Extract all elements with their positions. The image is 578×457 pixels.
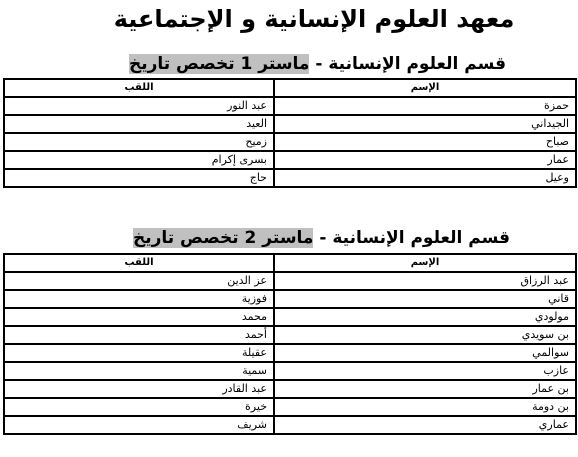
section-1-department: قسم العلوم الإنسانية - [315, 54, 506, 74]
surname-cell: عبد القادر [4, 380, 274, 398]
table-row: فوزية قاني [4, 290, 576, 308]
surname-cell: عز الدين [4, 272, 274, 290]
surname-cell: زميح [4, 133, 274, 151]
name-cell: بن عمار [274, 380, 576, 398]
table-row: عبد النور حمزة [4, 97, 576, 115]
name-cell: سوالمي [274, 344, 576, 362]
column-header-surname: اللقب [4, 79, 274, 97]
surname-cell: حاج [4, 169, 274, 187]
name-cell: الجيداني [274, 115, 576, 133]
name-cell: بن دومة [274, 398, 576, 416]
surname-cell: محمد [4, 308, 274, 326]
table-row: بسرى إكرام عمار [4, 151, 576, 169]
name-cell: وعيل [274, 169, 576, 187]
column-header-name: الإسم [274, 254, 576, 272]
surname-cell: عبد النور [4, 97, 274, 115]
section-1-program-highlight: ماستر 1 تخصص تاريخ [129, 54, 310, 74]
name-cell: صباح [274, 133, 576, 151]
surname-cell: بسرى إكرام [4, 151, 274, 169]
surname-cell: العيد [4, 115, 274, 133]
table-row: عقيلة سوالمي [4, 344, 576, 362]
surname-cell: سمية [4, 362, 274, 380]
table-row: محمد مولودي [4, 308, 576, 326]
column-header-name: الإسم [274, 79, 576, 97]
table-row: زميح صباح [4, 133, 576, 151]
table-row: خيرة بن دومة [4, 398, 576, 416]
name-cell: مولودي [274, 308, 576, 326]
surname-cell: فوزية [4, 290, 274, 308]
table-row: سمية عازب [4, 362, 576, 380]
section-1-heading: قسم العلوم الإنسانية - ماستر 1 تخصص تاري… [0, 52, 578, 76]
table-row: عبد القادر بن عمار [4, 380, 576, 398]
column-header-surname: اللقب [4, 254, 274, 272]
section-1-student-table: اللقب الإسم عبد النور حمزة العيد الجيدان… [3, 78, 577, 188]
table-row: عز الدين عبد الرزاق [4, 272, 576, 290]
document-title: معهد العلوم الإنسانية و الإجتماعية [0, 2, 578, 36]
name-cell: عمار [274, 151, 576, 169]
table-header-row: اللقب الإسم [4, 79, 576, 97]
section-2-program-highlight: ماستر 2 تخصص تاريخ [133, 228, 314, 248]
table-row: أحمد بن سويدي [4, 326, 576, 344]
name-cell: قاني [274, 290, 576, 308]
name-cell: بن سويدي [274, 326, 576, 344]
name-cell: حمزة [274, 97, 576, 115]
name-cell: عازب [274, 362, 576, 380]
section-2-student-table: اللقب الإسم عز الدين عبد الرزاق فوزية قا… [3, 253, 577, 435]
table-row: شريف عماري [4, 416, 576, 434]
surname-cell: شريف [4, 416, 274, 434]
name-cell: عماري [274, 416, 576, 434]
table-row: العيد الجيداني [4, 115, 576, 133]
surname-cell: عقيلة [4, 344, 274, 362]
section-2-department: قسم العلوم الإنسانية - [319, 228, 510, 248]
section-2-heading: قسم العلوم الإنسانية - ماستر 2 تخصص تاري… [0, 226, 578, 250]
table-row: حاج وعيل [4, 169, 576, 187]
table-header-row: اللقب الإسم [4, 254, 576, 272]
surname-cell: أحمد [4, 326, 274, 344]
surname-cell: خيرة [4, 398, 274, 416]
name-cell: عبد الرزاق [274, 272, 576, 290]
